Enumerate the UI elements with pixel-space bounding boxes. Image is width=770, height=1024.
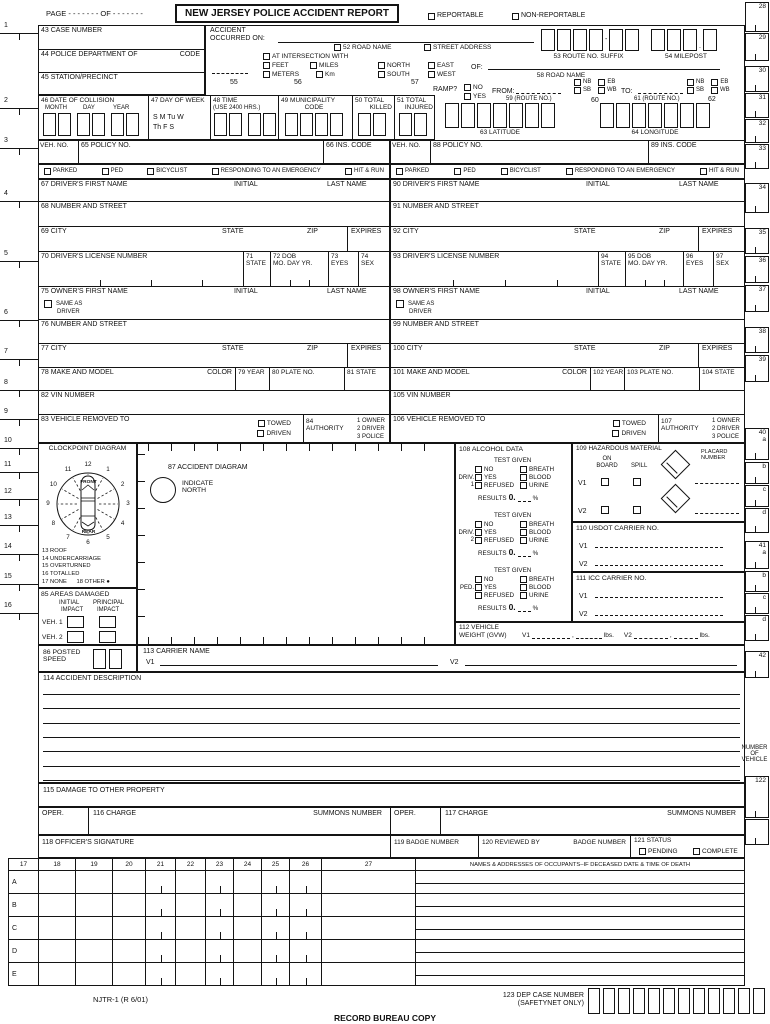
summons1-field[interactable]: SUMMONS NUMBER bbox=[313, 810, 382, 818]
margin-box-42[interactable]: 42 bbox=[745, 651, 769, 678]
policy-no-88-field[interactable]: 88 POLICY NO. bbox=[433, 142, 483, 150]
reviewer-badge-field[interactable]: BADGE NUMBER bbox=[573, 839, 626, 846]
damage-other-property-block[interactable]: 115 DAMAGE TO OTHER PROPERTY bbox=[38, 783, 745, 807]
occupant-cell[interactable] bbox=[176, 940, 206, 963]
owner-city-field[interactable]: 77 CITY bbox=[41, 345, 67, 353]
entry-box[interactable] bbox=[633, 988, 645, 1014]
entry-box[interactable] bbox=[315, 113, 328, 136]
occupant-cell[interactable] bbox=[206, 963, 234, 986]
v1-placard-input[interactable] bbox=[695, 476, 739, 484]
entry-box[interactable] bbox=[541, 29, 555, 51]
occupant-cell[interactable] bbox=[39, 963, 76, 986]
occupant-cell[interactable] bbox=[39, 917, 76, 940]
occurred-on-input[interactable] bbox=[278, 35, 534, 43]
occupant-cell[interactable] bbox=[76, 917, 113, 940]
occupant-cell[interactable] bbox=[206, 940, 234, 963]
v1-hit-run-checkbox[interactable] bbox=[345, 168, 352, 175]
margin-box-34[interactable]: 34 bbox=[745, 183, 769, 213]
entry-box[interactable] bbox=[753, 988, 765, 1014]
entry-box[interactable] bbox=[214, 113, 227, 136]
distance-input[interactable] bbox=[212, 66, 248, 74]
to-sb-checkbox[interactable] bbox=[687, 87, 694, 94]
v1-spill-checkbox[interactable] bbox=[633, 478, 641, 486]
occupant-cell[interactable] bbox=[146, 894, 176, 917]
carrier-v2-input[interactable] bbox=[465, 659, 737, 666]
entry-box[interactable] bbox=[683, 29, 697, 51]
driver-street-field[interactable]: 68 NUMBER AND STREET bbox=[41, 203, 127, 211]
entry-box[interactable] bbox=[263, 113, 276, 136]
entry-box[interactable] bbox=[43, 113, 56, 136]
margin-box-30[interactable]: 30 bbox=[745, 66, 769, 92]
occupant-cell[interactable] bbox=[262, 963, 290, 986]
blood-checkbox[interactable] bbox=[520, 474, 527, 481]
margin-box-36[interactable]: 36 bbox=[745, 256, 769, 283]
v2-responding-checkbox[interactable] bbox=[566, 168, 573, 175]
occupant-row-C[interactable]: C bbox=[9, 917, 39, 940]
results-input[interactable] bbox=[518, 604, 531, 612]
v2-onboard-checkbox[interactable] bbox=[601, 506, 609, 514]
occupant-cell[interactable] bbox=[146, 871, 176, 894]
occupant-cell[interactable] bbox=[113, 871, 146, 894]
badge-number-field[interactable]: 119 BADGE NUMBER bbox=[394, 839, 459, 846]
margin-box-41a[interactable]: 41 a bbox=[745, 541, 769, 569]
officer-signature-field[interactable]: 118 OFFICER'S SIGNATURE bbox=[42, 839, 134, 847]
reportable-checkbox[interactable] bbox=[428, 13, 435, 20]
entry-box[interactable] bbox=[285, 113, 298, 136]
entry-box[interactable] bbox=[680, 103, 694, 128]
wt-v1-input[interactable] bbox=[532, 631, 570, 639]
occupant-cell[interactable] bbox=[322, 871, 416, 894]
hyphen: - bbox=[605, 36, 607, 44]
occupant-row-A[interactable]: A bbox=[9, 871, 39, 894]
test-yes-checkbox[interactable] bbox=[475, 529, 482, 536]
occupant-cell[interactable] bbox=[262, 894, 290, 917]
entry-box[interactable] bbox=[632, 103, 646, 128]
entry-box[interactable] bbox=[588, 988, 600, 1014]
margin-box-28[interactable]: 28 bbox=[745, 2, 769, 32]
make-model-field[interactable]: 78 MAKE AND MODEL bbox=[41, 369, 114, 377]
occupant-name-cell[interactable] bbox=[416, 940, 745, 963]
entry-box[interactable] bbox=[414, 113, 427, 136]
occupant-cell[interactable] bbox=[290, 894, 322, 917]
occupant-cell[interactable] bbox=[262, 940, 290, 963]
ramp-no-checkbox[interactable] bbox=[464, 84, 471, 91]
v2-spill-checkbox[interactable] bbox=[633, 506, 641, 514]
blood-checkbox[interactable] bbox=[520, 529, 527, 536]
entry-box[interactable] bbox=[373, 113, 386, 136]
entry-box[interactable] bbox=[651, 29, 665, 51]
icc-v2-input[interactable] bbox=[595, 608, 723, 616]
occupant-cell[interactable] bbox=[176, 871, 206, 894]
from-sb-checkbox[interactable] bbox=[574, 87, 581, 94]
margin-box-c[interactable]: c bbox=[745, 485, 769, 507]
occupant-cell[interactable] bbox=[176, 963, 206, 986]
legend-item: 14 UNDERCARRIAGE bbox=[42, 556, 110, 564]
occupant-cell[interactable] bbox=[113, 894, 146, 917]
test-yes-checkbox[interactable] bbox=[475, 584, 482, 591]
oper1-field[interactable]: OPER. bbox=[42, 810, 64, 818]
entry-box[interactable] bbox=[600, 103, 614, 128]
occupant-cell[interactable] bbox=[234, 963, 262, 986]
occupant-cell[interactable] bbox=[39, 940, 76, 963]
occupant-cell[interactable] bbox=[113, 917, 146, 940]
occupant-cell[interactable] bbox=[113, 963, 146, 986]
v2-placard-input[interactable] bbox=[695, 506, 739, 514]
occupant-cell[interactable] bbox=[290, 963, 322, 986]
v2-hit-run-checkbox[interactable] bbox=[700, 168, 707, 175]
v1-parked-checkbox[interactable] bbox=[44, 168, 51, 175]
same-as-driver-checkbox[interactable] bbox=[44, 300, 52, 308]
page-of[interactable]: PAGE - - - - - - - OF - - - - - - - bbox=[46, 10, 143, 19]
dept-code-field[interactable]: CODE bbox=[180, 51, 200, 59]
margin-box-122[interactable]: 122 bbox=[745, 776, 769, 818]
ins-code-66-field[interactable]: 66 INS. CODE bbox=[326, 142, 372, 150]
occupant-cell[interactable] bbox=[262, 871, 290, 894]
occupant-cell[interactable] bbox=[322, 940, 416, 963]
entry-box[interactable] bbox=[509, 103, 523, 128]
occupant-row-E[interactable]: E bbox=[9, 963, 39, 986]
same-as-driver-checkbox[interactable] bbox=[396, 300, 404, 308]
occupant-cell[interactable] bbox=[234, 940, 262, 963]
entry-box[interactable] bbox=[663, 988, 675, 1014]
summons2-field[interactable]: SUMMONS NUMBER bbox=[667, 810, 736, 818]
entry-box[interactable] bbox=[589, 29, 603, 51]
entry-box[interactable] bbox=[92, 113, 105, 136]
from-wb-checkbox[interactable] bbox=[598, 87, 605, 94]
occupant-cell[interactable] bbox=[322, 963, 416, 986]
of-input[interactable] bbox=[488, 62, 720, 70]
weekday-row1[interactable]: S M Tu W bbox=[153, 114, 184, 122]
entry-box[interactable] bbox=[678, 988, 690, 1014]
v2-policy-row: VEH. NO. 88 POLICY NO. 89 INS. CODE bbox=[390, 140, 745, 164]
results-zero: 0. bbox=[509, 603, 516, 612]
entry-box[interactable] bbox=[229, 113, 242, 136]
entry-box[interactable] bbox=[573, 29, 587, 51]
occupant-cell[interactable] bbox=[39, 871, 76, 894]
veh2-principal-impact-box[interactable] bbox=[99, 631, 116, 643]
legend-item: 13 ROOF bbox=[42, 548, 110, 556]
accident-diagram-title: 87 ACCIDENT DIAGRAM bbox=[168, 464, 248, 472]
owner-street-field[interactable]: 99 NUMBER AND STREET bbox=[393, 321, 479, 329]
entry-box[interactable] bbox=[616, 103, 630, 128]
entry-box[interactable] bbox=[461, 103, 475, 128]
driver-first-name-field[interactable]: 90 DRIVER'S FIRST NAME bbox=[393, 181, 479, 189]
refused-checkbox[interactable] bbox=[475, 592, 482, 599]
usdot-v2-input[interactable] bbox=[595, 558, 723, 566]
description-line[interactable] bbox=[43, 766, 740, 767]
west-checkbox[interactable] bbox=[428, 71, 435, 78]
occupant-cell[interactable] bbox=[76, 940, 113, 963]
make-model-field[interactable]: 101 MAKE AND MODEL bbox=[393, 369, 470, 377]
margin-box-b[interactable]: b bbox=[745, 462, 769, 484]
entry-box[interactable] bbox=[625, 29, 639, 51]
blood-checkbox[interactable] bbox=[520, 584, 527, 591]
entry-box[interactable] bbox=[399, 113, 412, 136]
occupant-cell[interactable] bbox=[176, 917, 206, 940]
yes-label: YES bbox=[484, 584, 520, 591]
legend-item: 16 TOTALLED bbox=[42, 571, 110, 579]
vin-field[interactable]: 105 VIN NUMBER bbox=[393, 392, 451, 400]
margin-box-29[interactable]: 29 bbox=[745, 33, 769, 61]
field-60-label: 60 bbox=[591, 97, 599, 105]
description-line[interactable] bbox=[43, 694, 740, 695]
v1-onboard-checkbox[interactable] bbox=[601, 478, 609, 486]
to-wb-checkbox[interactable] bbox=[711, 87, 718, 94]
v1-bicyclist-checkbox[interactable] bbox=[147, 168, 154, 175]
margin-box-40a[interactable]: 40 a bbox=[745, 428, 769, 460]
driver-street-field[interactable]: 91 NUMBER AND STREET bbox=[393, 203, 479, 211]
occupant-cell[interactable] bbox=[290, 940, 322, 963]
percent-label: % bbox=[533, 495, 539, 502]
occupant-cell[interactable] bbox=[290, 871, 322, 894]
test-no-checkbox[interactable] bbox=[475, 521, 482, 528]
from-eb-checkbox[interactable] bbox=[598, 79, 605, 86]
entry-box[interactable] bbox=[300, 113, 313, 136]
margin-box-d[interactable]: d bbox=[745, 615, 769, 641]
veh1-principal-impact-box[interactable] bbox=[99, 616, 116, 628]
at-intersection-checkbox[interactable] bbox=[263, 53, 270, 60]
feet-checkbox[interactable] bbox=[263, 62, 270, 69]
driven-checkbox[interactable] bbox=[612, 430, 619, 437]
entry-box[interactable] bbox=[693, 988, 705, 1014]
vehicle-removed-to-field[interactable]: 83 VEHICLE REMOVED TO bbox=[41, 416, 129, 424]
occupant-cell[interactable] bbox=[146, 917, 176, 940]
to-route-input[interactable] bbox=[638, 86, 683, 94]
street-address-checkbox[interactable] bbox=[424, 44, 431, 51]
margin-box-33[interactable]: 33 bbox=[745, 144, 769, 169]
icc-v1-input[interactable] bbox=[595, 590, 723, 598]
station-precinct-field[interactable]: 45 STATION/PRECINCT bbox=[41, 74, 118, 82]
vin-field[interactable]: 82 VIN NUMBER bbox=[41, 392, 95, 400]
police-dept-field[interactable]: 44 POLICE DEPARTMENT OF bbox=[41, 51, 137, 59]
veh2-initial-impact-box[interactable] bbox=[67, 631, 84, 643]
south-checkbox[interactable] bbox=[378, 71, 385, 78]
miles-checkbox[interactable] bbox=[310, 62, 317, 69]
entry-box[interactable] bbox=[77, 113, 90, 136]
speed-box[interactable] bbox=[93, 649, 106, 669]
entry-box[interactable] bbox=[248, 113, 261, 136]
v2-bicyclist-checkbox[interactable] bbox=[501, 168, 508, 175]
license-number-field[interactable]: 93 DRIVER'S LICENSE NUMBER bbox=[393, 253, 499, 261]
entry-box[interactable] bbox=[525, 103, 539, 128]
time-label: 48 TIME bbox=[213, 97, 237, 104]
east-checkbox[interactable] bbox=[428, 62, 435, 69]
entry-box[interactable] bbox=[126, 113, 139, 136]
vehicle-removed-to-field[interactable]: 106 VEHICLE REMOVED TO bbox=[393, 416, 485, 424]
driver-city-field[interactable]: 69 CITY bbox=[41, 228, 67, 236]
occupant-cell[interactable] bbox=[322, 917, 416, 940]
margin-box-b[interactable]: b bbox=[745, 571, 769, 592]
license-number-field[interactable]: 70 DRIVER'S LICENSE NUMBER bbox=[41, 253, 147, 261]
oper2-field[interactable]: OPER. bbox=[394, 810, 416, 818]
entry-box[interactable] bbox=[609, 29, 623, 51]
occupant-cell[interactable] bbox=[146, 940, 176, 963]
owner-street-field[interactable]: 76 NUMBER AND STREET bbox=[41, 321, 127, 329]
urine-checkbox[interactable] bbox=[520, 592, 527, 599]
entry-box[interactable] bbox=[603, 988, 615, 1014]
test-no-checkbox[interactable] bbox=[475, 576, 482, 583]
north-checkbox[interactable] bbox=[378, 62, 385, 69]
margin-box-31[interactable]: 31 bbox=[745, 93, 769, 118]
margin-box-38[interactable]: 38 bbox=[745, 327, 769, 353]
occupant-cell[interactable] bbox=[234, 917, 262, 940]
complete-checkbox[interactable] bbox=[693, 848, 700, 855]
occupant-name-cell[interactable] bbox=[416, 917, 745, 940]
entry-box[interactable] bbox=[493, 103, 507, 128]
occupant-cell[interactable] bbox=[290, 917, 322, 940]
description-line[interactable] bbox=[43, 737, 740, 738]
urine-checkbox[interactable] bbox=[520, 482, 527, 489]
eyes-label: 73 EYES bbox=[331, 253, 348, 267]
entry-box[interactable] bbox=[58, 113, 71, 136]
from-route-input[interactable] bbox=[516, 86, 561, 94]
occupant-cell[interactable] bbox=[76, 963, 113, 986]
occupant-names-header: NAMES & ADDRESSES OF OCCUPANTS–IF DECEAS… bbox=[416, 859, 745, 871]
alcohol-groups: TEST GIVEN NOBREATH DRIV.YESBLOOD 1REFUS… bbox=[456, 456, 571, 621]
non-reportable-checkbox[interactable] bbox=[512, 13, 519, 20]
occupant-cell[interactable] bbox=[39, 894, 76, 917]
margin-box-39[interactable]: 39 bbox=[745, 355, 769, 382]
description-line[interactable] bbox=[43, 723, 740, 724]
entry-box[interactable] bbox=[703, 29, 717, 51]
to-eb-checkbox[interactable] bbox=[711, 79, 718, 86]
breath-checkbox[interactable] bbox=[520, 521, 527, 528]
margin-box[interactable] bbox=[745, 819, 769, 845]
occupant-cell[interactable] bbox=[206, 917, 234, 940]
occupant-name-cell[interactable] bbox=[416, 871, 745, 894]
entry-box[interactable] bbox=[445, 103, 459, 128]
accident-diagram-block[interactable]: 87 ACCIDENT DIAGRAM INDICATE NORTH bbox=[137, 443, 455, 645]
occupant-cell[interactable] bbox=[76, 894, 113, 917]
towed-checkbox[interactable] bbox=[258, 420, 265, 427]
weekday-row2[interactable]: Th F S bbox=[153, 124, 174, 132]
description-line[interactable] bbox=[43, 708, 740, 709]
charge-117-field[interactable]: 117 CHARGE bbox=[445, 810, 488, 818]
entry-box[interactable] bbox=[541, 103, 555, 128]
owner-first-name-field[interactable]: 98 OWNER'S FIRST NAME bbox=[393, 288, 480, 296]
entry-box[interactable] bbox=[111, 113, 124, 136]
comma: , bbox=[572, 632, 574, 639]
reviewed-by-field[interactable]: 120 REVIEWED BY bbox=[482, 839, 540, 846]
description-line[interactable] bbox=[43, 751, 740, 752]
occupant-cell[interactable] bbox=[234, 871, 262, 894]
occupant-cell[interactable] bbox=[234, 894, 262, 917]
margin-box-d[interactable]: d bbox=[745, 508, 769, 533]
entry-box[interactable] bbox=[696, 103, 710, 128]
usdot-v1-input[interactable] bbox=[595, 540, 723, 548]
speed-box[interactable] bbox=[109, 649, 122, 669]
v2-parked-checkbox[interactable] bbox=[396, 168, 403, 175]
to-nb-checkbox[interactable] bbox=[687, 79, 694, 86]
margin-box-c[interactable]: c bbox=[745, 593, 769, 614]
results-input[interactable] bbox=[518, 494, 531, 502]
entry-box[interactable] bbox=[648, 103, 662, 128]
margin-box-35[interactable]: 35 bbox=[745, 228, 769, 254]
owner-first-name-field[interactable]: 75 OWNER'S FIRST NAME bbox=[41, 288, 128, 296]
v1-ped-checkbox[interactable] bbox=[102, 168, 109, 175]
refused-checkbox[interactable] bbox=[475, 537, 482, 544]
description-line[interactable] bbox=[43, 780, 740, 781]
occupant-row-B[interactable]: B bbox=[9, 894, 39, 917]
occupant-cell[interactable] bbox=[76, 871, 113, 894]
veh1-initial-impact-box[interactable] bbox=[67, 616, 84, 628]
wt-v2-input2[interactable] bbox=[674, 631, 698, 639]
from-nb-checkbox[interactable] bbox=[574, 79, 581, 86]
driver-first-name-field[interactable]: 67 DRIVER'S FIRST NAME bbox=[41, 181, 127, 189]
occupant-cell[interactable] bbox=[146, 963, 176, 986]
margin-box-37[interactable]: 37 bbox=[745, 285, 769, 312]
entry-box[interactable] bbox=[557, 29, 571, 51]
meters-checkbox[interactable] bbox=[263, 71, 270, 78]
entry-box[interactable] bbox=[330, 113, 343, 136]
occupant-cell[interactable] bbox=[262, 917, 290, 940]
owner-city-field[interactable]: 100 CITY bbox=[393, 345, 423, 353]
km-checkbox[interactable] bbox=[316, 71, 323, 78]
road-name-checkbox[interactable] bbox=[334, 44, 341, 51]
entry-box[interactable] bbox=[358, 113, 371, 136]
north-circle[interactable] bbox=[150, 477, 176, 503]
occupant-name-cell[interactable] bbox=[416, 963, 745, 986]
wt-v1-input2[interactable] bbox=[576, 631, 602, 639]
occupant-row-D[interactable]: D bbox=[9, 940, 39, 963]
occupant-cell[interactable] bbox=[176, 894, 206, 917]
left-margin-6: 6 bbox=[0, 309, 38, 321]
charge-116-field[interactable]: 116 CHARGE bbox=[93, 810, 136, 818]
occupant-name-cell[interactable] bbox=[416, 894, 745, 917]
clock-number: 6 bbox=[82, 539, 94, 546]
occupant-cell[interactable] bbox=[206, 894, 234, 917]
lbs-label: lbs. bbox=[700, 632, 710, 639]
margin-box-32[interactable]: 32 bbox=[745, 119, 769, 143]
entry-box[interactable] bbox=[664, 103, 678, 128]
entry-box[interactable] bbox=[708, 988, 720, 1014]
no-label: NO bbox=[484, 576, 520, 583]
wt-v2-input[interactable] bbox=[634, 631, 668, 639]
test-yes-checkbox[interactable] bbox=[475, 474, 482, 481]
pending-checkbox[interactable] bbox=[639, 848, 646, 855]
hazmat-placard-diamond bbox=[661, 450, 691, 480]
occupant-cell[interactable] bbox=[322, 894, 416, 917]
test-no-checkbox[interactable] bbox=[475, 466, 482, 473]
parked-label: PARKED bbox=[405, 168, 429, 175]
driven-checkbox[interactable] bbox=[257, 430, 264, 437]
refused-checkbox[interactable] bbox=[475, 482, 482, 489]
case-number-field[interactable]: 43 CASE NUMBER bbox=[41, 27, 102, 35]
entry-box[interactable] bbox=[738, 988, 750, 1014]
results-input[interactable] bbox=[518, 549, 531, 557]
occupant-cell[interactable] bbox=[113, 940, 146, 963]
entry-box[interactable] bbox=[648, 988, 660, 1014]
entry-box[interactable] bbox=[667, 29, 681, 51]
driver-city-field[interactable]: 92 CITY bbox=[393, 228, 419, 236]
occupant-cell[interactable] bbox=[206, 871, 234, 894]
towed-checkbox[interactable] bbox=[613, 420, 620, 427]
ins-code-89-field[interactable]: 89 INS. CODE bbox=[651, 142, 697, 150]
entry-box[interactable] bbox=[618, 988, 630, 1014]
breath-checkbox[interactable] bbox=[520, 466, 527, 473]
alcohol-data-title: 108 ALCOHOL DATA bbox=[459, 446, 523, 453]
v2-ped-checkbox[interactable] bbox=[454, 168, 461, 175]
state-label: STATE bbox=[574, 345, 596, 353]
entry-box[interactable] bbox=[723, 988, 735, 1014]
policy-no-65-field[interactable]: 65 POLICY NO. bbox=[81, 142, 131, 150]
accident-description-block[interactable]: 114 ACCIDENT DESCRIPTION bbox=[38, 672, 745, 783]
breath-checkbox[interactable] bbox=[520, 576, 527, 583]
v1-responding-checkbox[interactable] bbox=[212, 168, 219, 175]
carrier-v1-input[interactable] bbox=[160, 659, 438, 666]
entry-box[interactable] bbox=[477, 103, 491, 128]
urine-checkbox[interactable] bbox=[520, 537, 527, 544]
